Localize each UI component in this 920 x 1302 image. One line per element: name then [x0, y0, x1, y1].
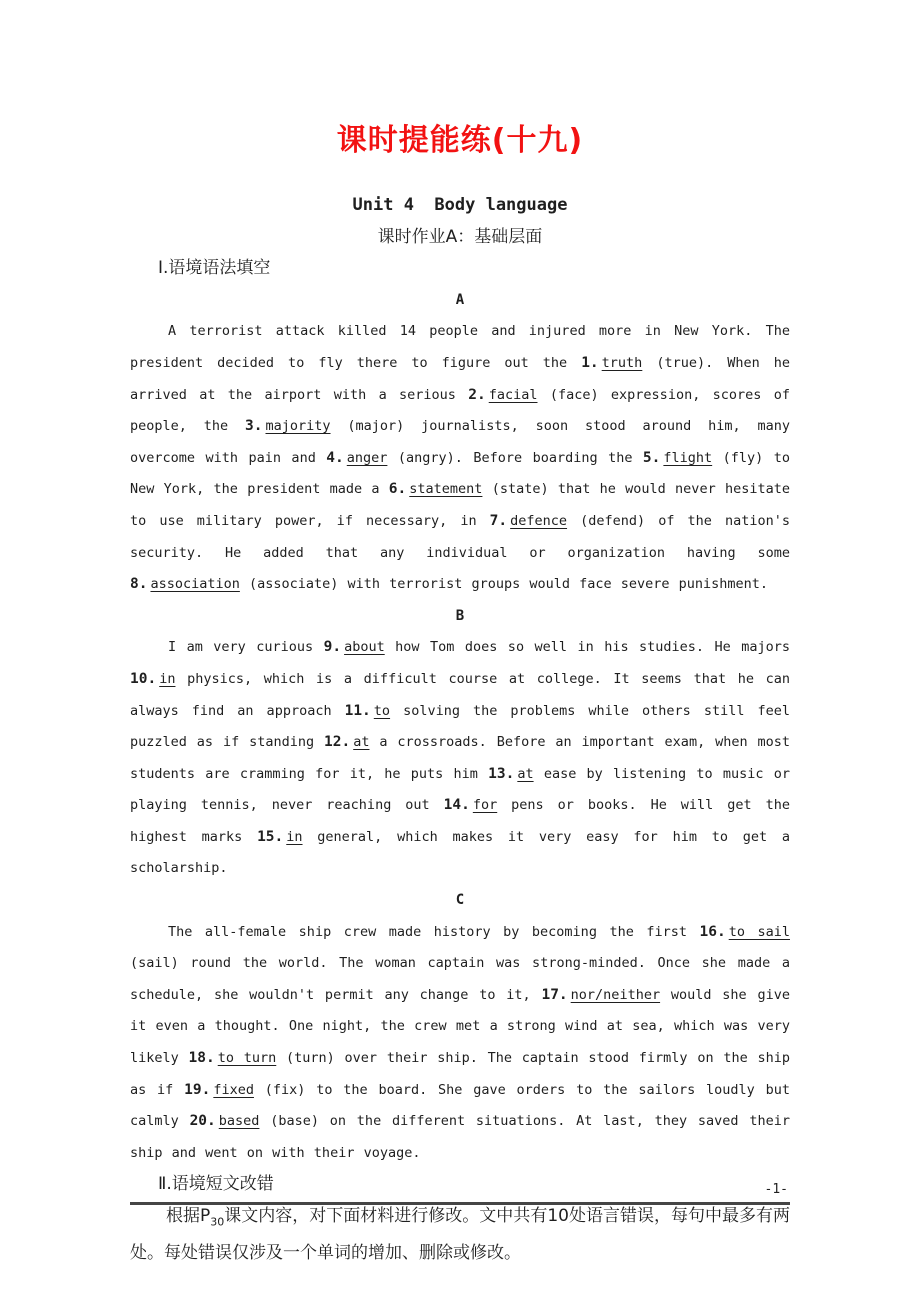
passage-a: A A terrorist attack killed 14 people an… — [130, 285, 790, 601]
page-number: -1- — [130, 1181, 790, 1199]
page-title: 课时提能练(十九) — [130, 120, 790, 162]
section2-intro: 根据P30课文内容，对下面材料进行修改。文中共有10处语言错误，每句中最多有两处… — [130, 1201, 790, 1270]
page-footer: -1- — [130, 1181, 790, 1205]
passage-b-label: B — [130, 601, 790, 633]
footer-rule — [130, 1202, 790, 1205]
passage-b-text: I am very curious 9.about how Tom does s… — [130, 632, 790, 885]
passage-a-text: A terrorist attack killed 14 people and … — [130, 316, 790, 600]
unit-heading: Unit 4 Body language — [130, 190, 790, 222]
passage-c-label: C — [130, 885, 790, 917]
homework-heading: 课时作业A：基础层面 — [130, 222, 790, 254]
passage-b: B I am very curious 9.about how Tom does… — [130, 601, 790, 885]
section1-heading: Ⅰ.语境语法填空 — [130, 253, 790, 285]
document-page: 课时提能练(十九) Unit 4 Body language 课时作业A：基础层… — [0, 0, 920, 1302]
passage-c-text: The all-female ship crew made history by… — [130, 917, 790, 1170]
passage-a-label: A — [130, 285, 790, 317]
passage-c: C The all-female ship crew made history … — [130, 885, 790, 1169]
